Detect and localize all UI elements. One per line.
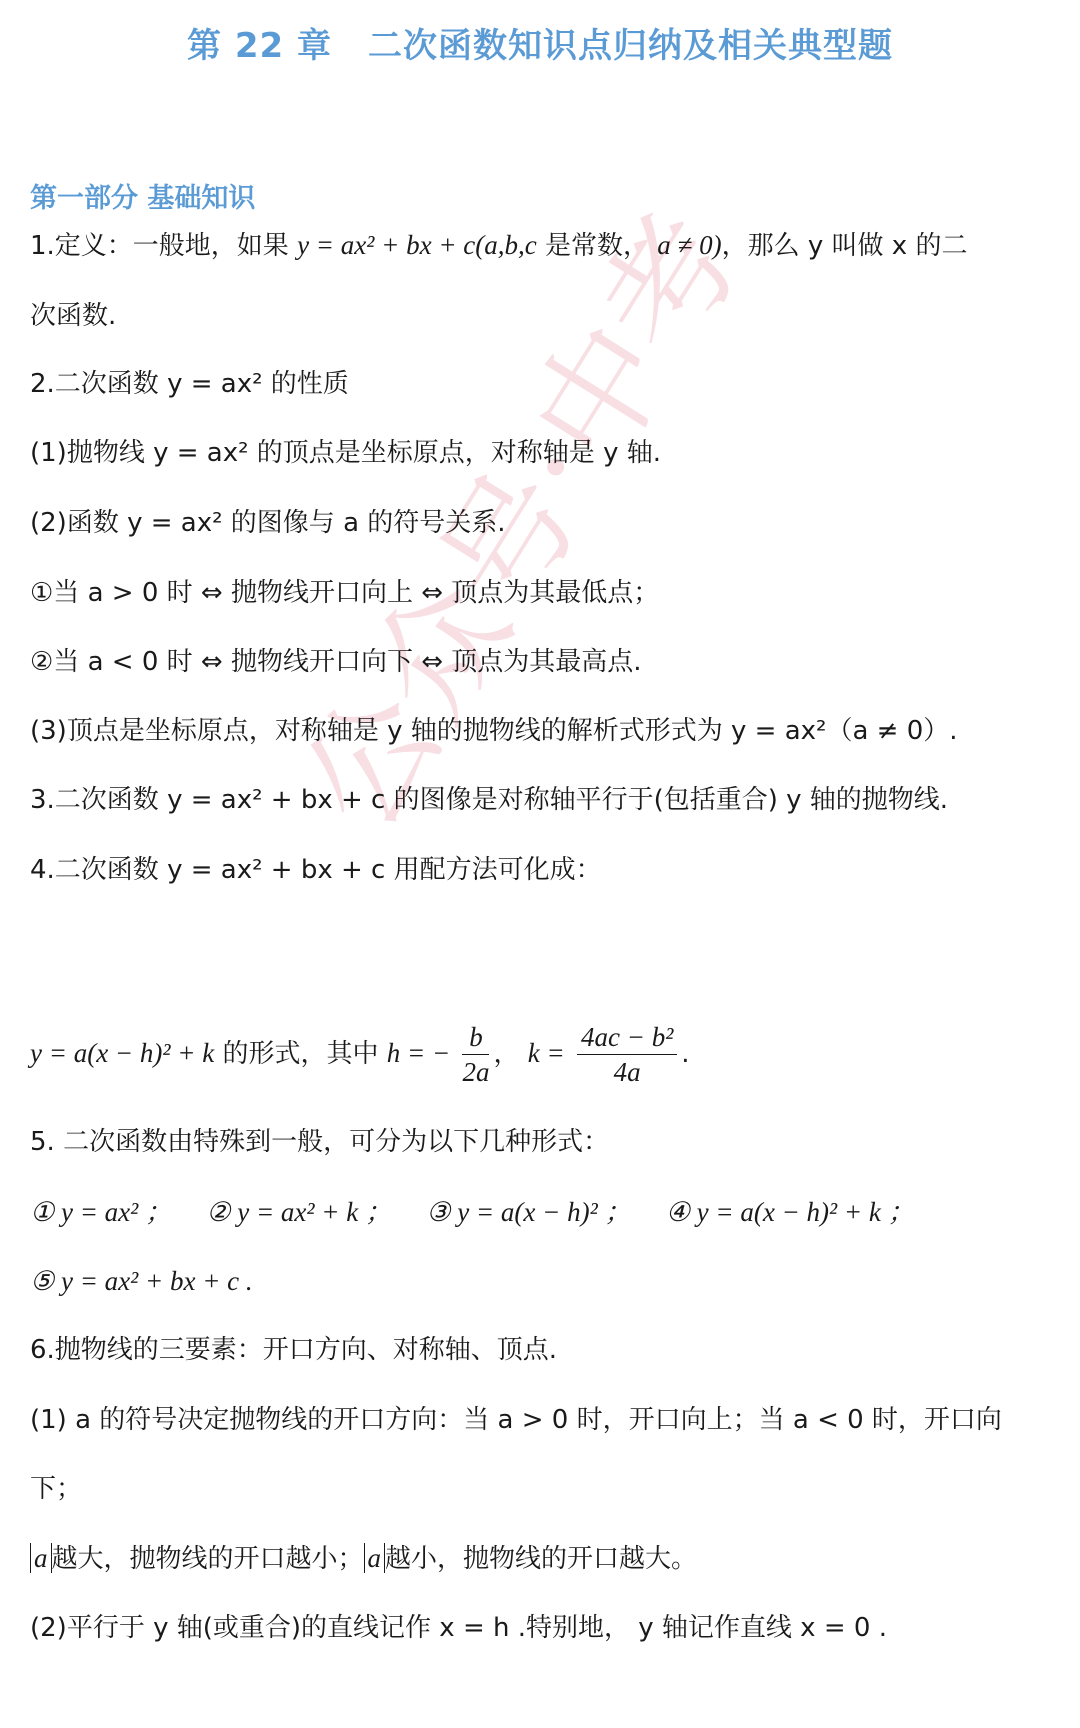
point-6-2: (2)平行于 y 轴(或重合)的直线记作 x = h .特别地， y 轴记作直线…	[30, 1608, 887, 1648]
point-6-1: (1) a 的符号决定抛物线的开口方向：当 a > 0 时，开口向上；当 a <…	[30, 1400, 1002, 1440]
chapter-name: 二次函数知识点归纳及相关典型题	[368, 26, 893, 66]
point-2-case-1: ①当 a > 0 时 ⇔ 抛物线开口向上 ⇔ 顶点为其最低点；	[30, 573, 659, 613]
point-6: 6.抛物线的三要素：开口方向、对称轴、顶点.	[30, 1330, 557, 1370]
form-2: ② y = ax² + k ；	[206, 1197, 392, 1227]
abs-text-2: 越小，抛物线的开口越大。	[385, 1544, 697, 1574]
form-3: ③ y = a(x − h)² ；	[426, 1197, 631, 1227]
h-denominator: 2a	[462, 1055, 489, 1089]
k-denominator: 4a	[577, 1055, 677, 1089]
h-fraction: b2a	[462, 1020, 489, 1089]
point-2-3: (3)顶点是坐标原点，对称轴是 y 轴的抛物线的解析式形式为 y = ax²（a…	[30, 711, 958, 751]
point-2-2: (2)函数 y = ax² 的图像与 a 的符号关系.	[30, 503, 506, 543]
point-5: 5. 二次函数由特殊到一般，可分为以下几种形式：	[30, 1122, 609, 1162]
abs-a-line: a越大，抛物线的开口越小；a越小，抛物线的开口越大。	[30, 1538, 697, 1579]
forms-list: ① y = ax² ； ② y = ax² + k ； ③ y = a(x − …	[30, 1192, 915, 1233]
k-label: k =	[528, 1038, 565, 1068]
h-label: h = −	[387, 1038, 450, 1068]
period: .	[681, 1039, 689, 1069]
form-4: ④ y = a(x − h)² + k ；	[666, 1197, 915, 1227]
point-6-1-cont: 下；	[30, 1469, 82, 1509]
page-title: 第 22 章二次函数知识点归纳及相关典型题	[0, 18, 1080, 67]
separator: ，	[493, 1039, 519, 1069]
k-fraction: 4ac − b²4a	[577, 1020, 677, 1089]
definition-line-2: 次函数.	[30, 296, 116, 336]
point-4: 4.二次函数 y = ax² + bx + c 用配方法可化成：	[30, 850, 602, 890]
definition-mid: 是常数，	[545, 231, 649, 261]
definition-line: 1.定义：一般地，如果 y = ax² + bx + c(a,b,c 是常数， …	[30, 225, 967, 266]
k-numerator: 4ac − b²	[577, 1020, 677, 1055]
abs-a-2: a	[364, 1543, 386, 1573]
definition-prefix: 1.定义：一般地，如果	[30, 231, 289, 261]
vertex-form-line: y = a(x − h)² + k 的形式，其中 h = − b2a， k = …	[30, 1020, 690, 1089]
h-numerator: b	[462, 1020, 489, 1055]
general-formula: y = ax² + bx + c(a,b,c	[297, 230, 537, 260]
form-1: ① y = ax² ；	[30, 1197, 172, 1227]
abs-a-1: a	[30, 1543, 52, 1573]
chapter-number: 第 22 章	[187, 26, 332, 66]
point-2-heading: 2.二次函数 y = ax² 的性质	[30, 364, 349, 404]
abs-text-1: 越大，抛物线的开口越小；	[52, 1544, 364, 1574]
vertex-form-text: 的形式，其中	[222, 1039, 378, 1069]
form-5-formula: ⑤ y = ax² + bx + c .	[30, 1266, 253, 1296]
point-2-case-2: ②当 a < 0 时 ⇔ 抛物线开口向下 ⇔ 顶点为其最高点.	[30, 642, 642, 682]
definition-rest: ，那么 y 叫做 x 的二	[722, 231, 968, 261]
point-3: 3.二次函数 y = ax² + bx + c 的图像是对称轴平行于(包括重合)…	[30, 780, 948, 820]
point-2-1: (1)抛物线 y = ax² 的顶点是坐标原点，对称轴是 y 轴.	[30, 433, 661, 473]
vertex-form: y = a(x − h)² + k	[30, 1038, 214, 1068]
definition-condition: a ≠ 0)	[657, 230, 721, 260]
form-5: ⑤ y = ax² + bx + c .	[30, 1261, 253, 1302]
section-heading: 第一部分 基础知识	[30, 176, 255, 215]
